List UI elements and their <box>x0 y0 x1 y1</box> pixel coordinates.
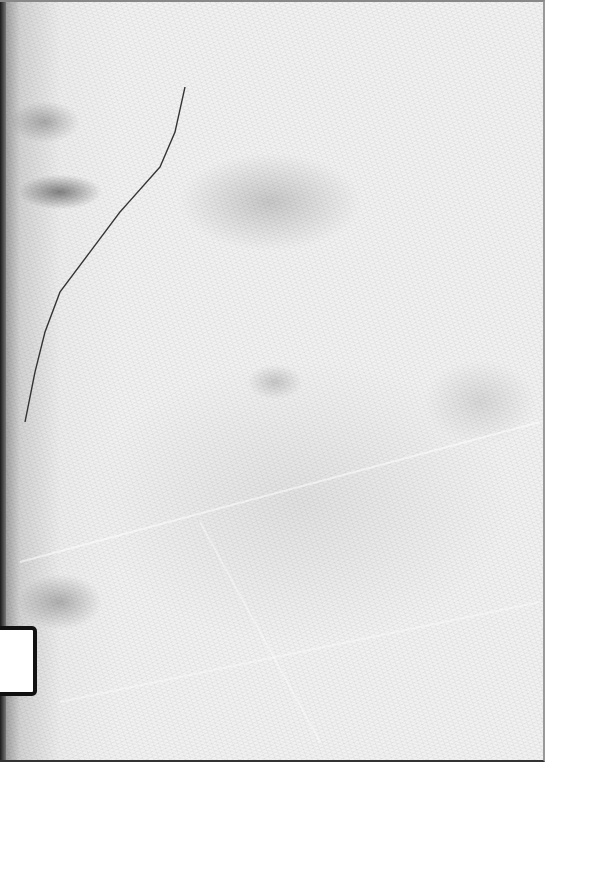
book-cover <box>0 0 545 762</box>
library-label <box>0 626 37 696</box>
paper-texture <box>0 2 543 760</box>
